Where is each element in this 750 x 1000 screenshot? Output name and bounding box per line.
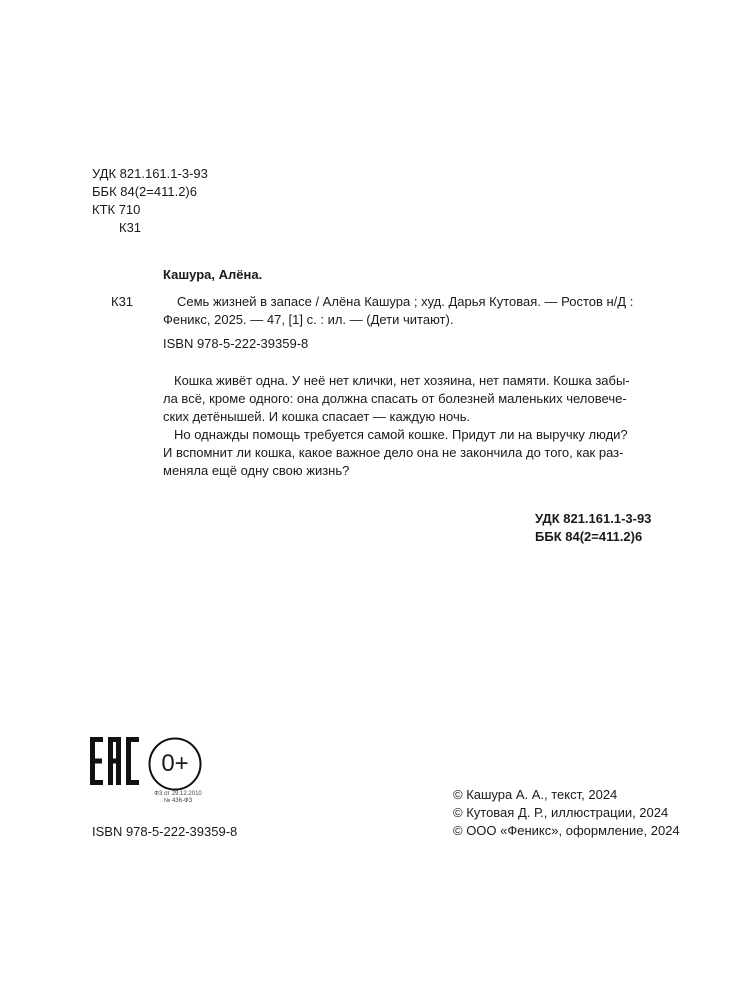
catalog-code: К31 (111, 293, 133, 311)
law-note-line: ФЗ от 29.12.2010 (148, 791, 208, 798)
udk-code-right: УДК 821.161.1-3-93 (535, 510, 651, 528)
copyright-line: © ООО «Феникс», оформление, 2024 (453, 822, 680, 840)
annotation: Кошка живёт одна. У неё нет клички, нет … (163, 372, 653, 480)
ktk-code: КТК 710 (92, 201, 208, 219)
author-mark: К31 (92, 219, 208, 237)
annotation-line: И вспомнит ли кошка, какое важное дело о… (163, 444, 653, 462)
author-heading: Кашура, Алёна. (163, 266, 262, 284)
copyright-line: © Кутовая Д. Р., иллюстрации, 2024 (453, 804, 680, 822)
annotation-line: ских детёнышей. И кошка спасает — каждую… (163, 408, 653, 426)
annotation-line: Но однажды помощь требуется самой кошке.… (163, 426, 653, 444)
eac-icon (90, 737, 140, 785)
description-line: Феникс, 2025. — 47, [1] с. : ил. — (Дети… (163, 311, 633, 329)
bibliographic-description: Семь жизней в запасе / Алёна Кашура ; ху… (163, 293, 633, 329)
annotation-line: ла всё, кроме одного: она должна спасать… (163, 390, 653, 408)
description-line: Семь жизней в запасе / Алёна Кашура ; ху… (163, 293, 633, 311)
age-rating-label: 0+ (148, 739, 202, 789)
copyright-block: © Кашура А. А., текст, 2024 © Кутовая Д.… (453, 786, 680, 840)
bbk-code-right: ББК 84(2=411.2)6 (535, 528, 651, 546)
classification-block-top: УДК 821.161.1-3-93 ББК 84(2=411.2)6 КТК … (92, 165, 208, 237)
copyright-line: © Кашура А. А., текст, 2024 (453, 786, 680, 804)
law-note: ФЗ от 29.12.2010 № 436-ФЗ (148, 791, 208, 805)
classification-block-right: УДК 821.161.1-3-93 ББК 84(2=411.2)6 (535, 510, 651, 546)
isbn-bottom: ISBN 978-5-222-39359-8 (92, 823, 237, 841)
law-note-line: № 436-ФЗ (148, 798, 208, 805)
annotation-line: Кошка живёт одна. У неё нет клички, нет … (163, 372, 653, 390)
bbk-code: ББК 84(2=411.2)6 (92, 183, 208, 201)
udk-code: УДК 821.161.1-3-93 (92, 165, 208, 183)
isbn-card: ISBN 978-5-222-39359-8 (163, 335, 308, 353)
annotation-line: меняла ещё одну свою жизнь? (163, 462, 653, 480)
